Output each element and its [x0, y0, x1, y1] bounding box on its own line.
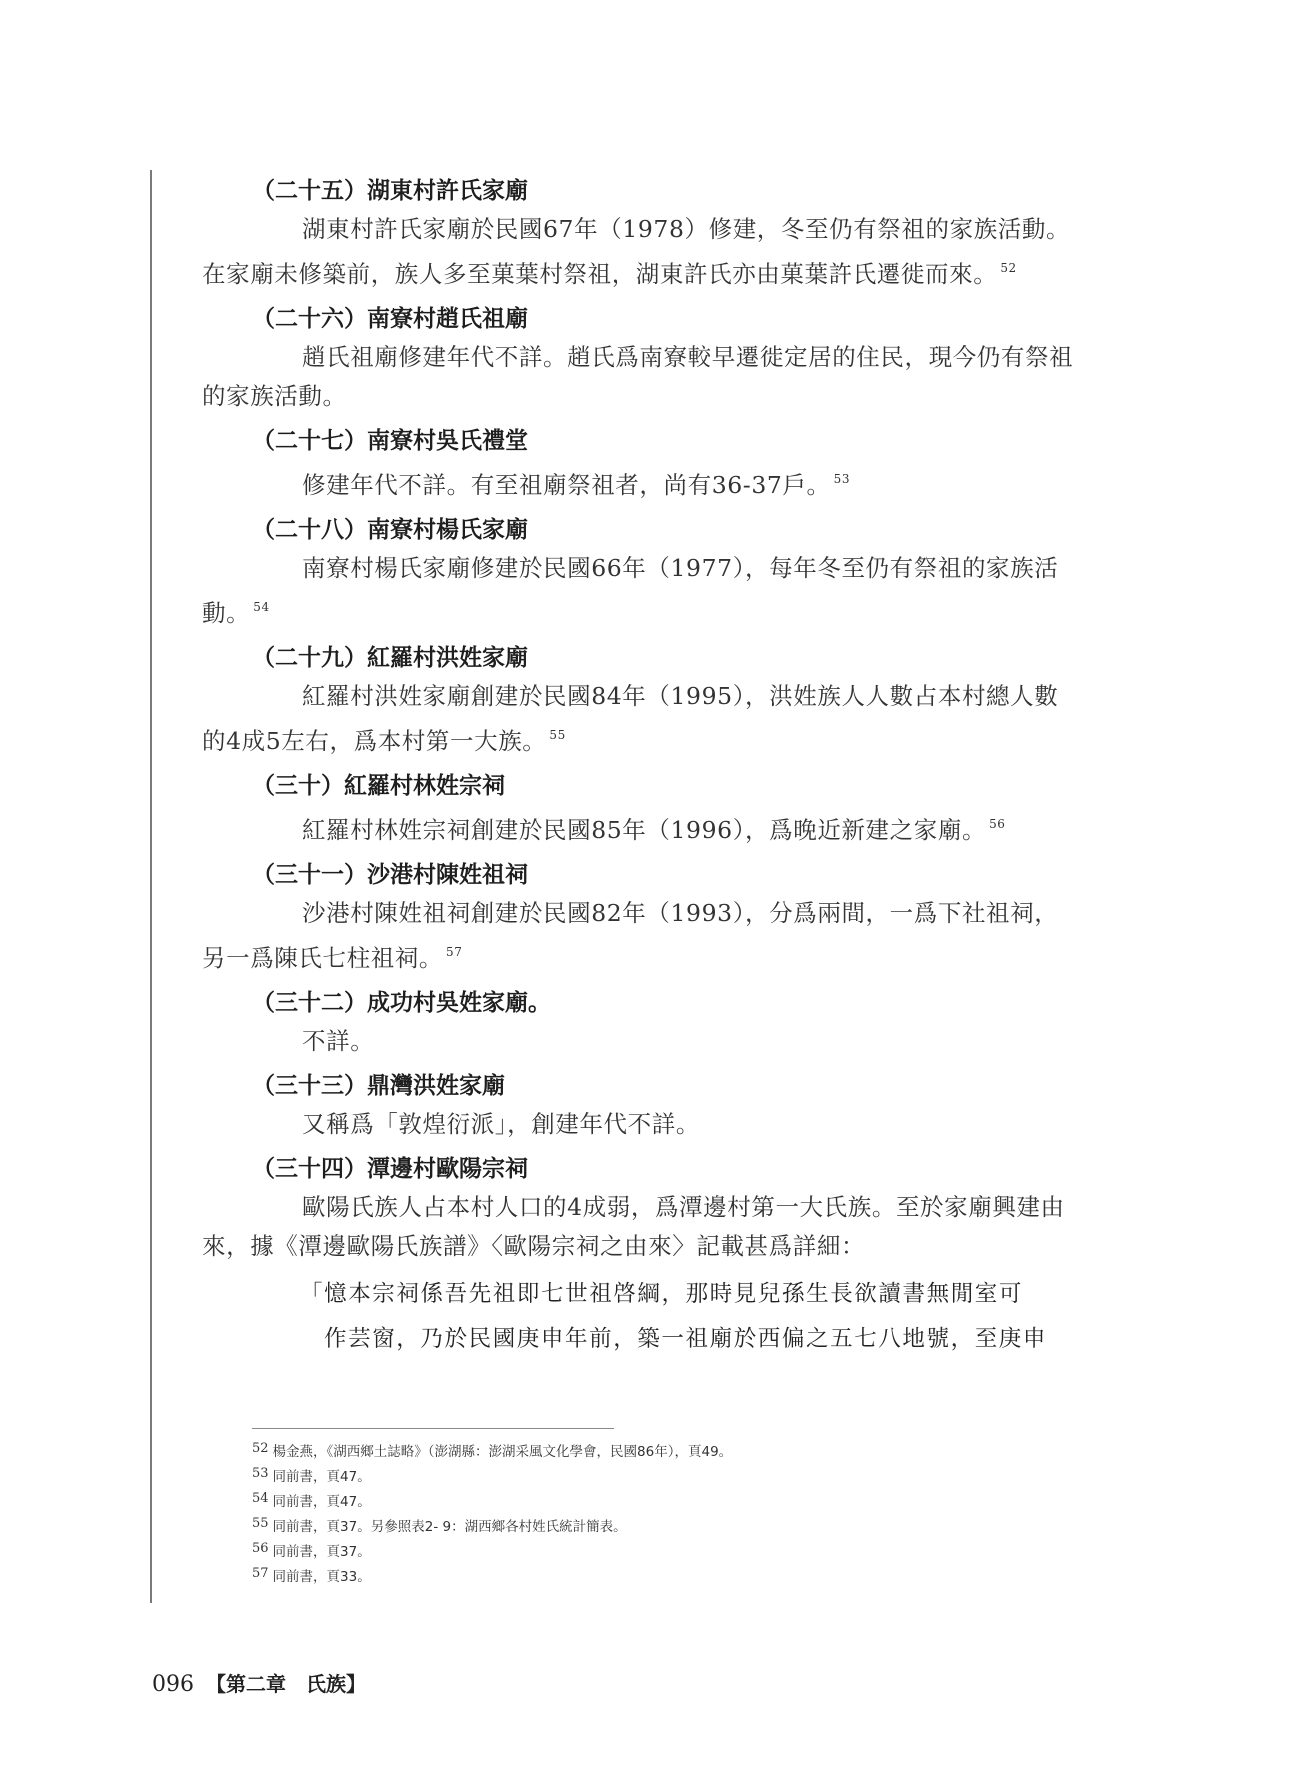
section-paragraph: 沙港村陳姓祖祠創建於民國82年（1993），分爲兩間，一爲下社祖祠， 另一爲陳氏…	[252, 894, 1132, 978]
section-heading: （三十一）沙港村陳姓祖祠	[252, 856, 1132, 894]
footnote-item: 56同前書，頁37。	[252, 1536, 732, 1561]
text-line: 趙氏祖廟修建年代不詳。趙氏爲南寮較早遷徙定居的住民，現今仍有祭祖	[252, 338, 1132, 377]
text-line-content: 另一爲陳氏七柱祖祠。	[202, 944, 443, 972]
text-line: 沙港村陳姓祖祠創建於民國82年（1993），分爲兩間，一爲下社祖祠，	[252, 894, 1132, 933]
footnote-text: 同前書，頁47。	[273, 1469, 371, 1485]
page-number: 096	[152, 1672, 194, 1697]
footnote-item: 53同前書，頁47。	[252, 1461, 732, 1486]
footnote-text: 同前書，頁47。	[273, 1494, 371, 1510]
footnote-number: 52	[252, 1441, 269, 1456]
text-line: 紅羅村林姓宗祠創建於民國85年（1996），爲晚近新建之家廟。56	[252, 805, 1132, 850]
quote-line: 「憶本宗祠係吾先祖即七世祖啓綱，那時見兒孫生長欲讀書無閒室可	[252, 1272, 1132, 1317]
text-line: 在家廟未修築前，族人多至菓葉村祭祖，湖東許氏亦由菓葉許氏遷徙而來。52	[202, 249, 1132, 294]
text-line-content: 的4成5左右，爲本村第一大族。	[202, 727, 546, 755]
section-paragraph: 修建年代不詳。有至祖廟祭祖者，尚有36-37戶。53	[252, 460, 1132, 505]
section-heading: （三十二）成功村吳姓家廟。	[252, 984, 1132, 1022]
section-heading: （二十九）紅羅村洪姓家廟	[252, 639, 1132, 677]
text-line-content: 紅羅村林姓宗祠創建於民國85年（1996），爲晚近新建之家廟。	[302, 816, 986, 844]
quote-line: 作芸窗，乃於民國庚申年前，築一祖廟於西偏之五七八地號，至庚申	[252, 1317, 1132, 1362]
text-line-content: 動。	[202, 599, 250, 627]
section-heading: （三十三）鼎灣洪姓家廟	[252, 1067, 1132, 1105]
text-line: 來，據《潭邊歐陽氏族譜》〈歐陽宗祠之由來〉記載甚爲詳細：	[202, 1227, 1132, 1266]
text-line: 紅羅村洪姓家廟創建於民國84年（1995），洪姓族人人數占本村總人數	[252, 677, 1132, 716]
footnote-item: 55同前書，頁37。另參照表2- 9：湖西鄉各村姓氏統計簡表。	[252, 1511, 732, 1536]
footnote-item: 54同前書，頁47。	[252, 1486, 732, 1511]
section-heading: （二十八）南寮村楊氏家廟	[252, 511, 1132, 549]
text-line: 動。54	[202, 588, 1132, 633]
section-paragraph: 湖東村許氏家廟於民國67年（1978）修建，冬至仍有祭祖的家族活動。 在家廟未修…	[252, 210, 1132, 294]
text-line: 湖東村許氏家廟於民國67年（1978）修建，冬至仍有祭祖的家族活動。	[252, 210, 1132, 249]
footnote-number: 55	[252, 1516, 269, 1531]
section-paragraph: 趙氏祖廟修建年代不詳。趙氏爲南寮較早遷徙定居的住民，現今仍有祭祖 的家族活動。	[252, 338, 1132, 416]
footnote-ref[interactable]: 54	[253, 600, 269, 614]
section-paragraph: 歐陽氏族人占本村人口的4成弱，爲潭邊村第一大氏族。至於家廟興建由 來，據《潭邊歐…	[252, 1188, 1132, 1266]
section-heading: （二十七）南寮村吳氏禮堂	[252, 422, 1132, 460]
block-quote: 「憶本宗祠係吾先祖即七世祖啓綱，那時見兒孫生長欲讀書無閒室可 作芸窗，乃於民國庚…	[252, 1272, 1132, 1362]
footnote-number: 54	[252, 1491, 269, 1506]
text-line-content: 修建年代不詳。有至祖廟祭祖者，尚有36-37戶。	[302, 471, 831, 499]
footnote-number: 57	[252, 1566, 269, 1581]
footnote-number: 53	[252, 1466, 269, 1481]
text-line: 的4成5左右，爲本村第一大族。55	[202, 716, 1132, 761]
text-line: 的家族活動。	[202, 377, 1132, 416]
section-paragraph: 不詳。	[252, 1022, 1132, 1061]
footnote-item: 52楊金燕，《湖西鄉土誌略》（澎湖縣：澎湖采風文化學會，民國86年），頁49。	[252, 1436, 732, 1461]
footnote-number: 56	[252, 1541, 269, 1556]
section-heading: （二十五）湖東村許氏家廟	[252, 172, 1132, 210]
footnote-ref[interactable]: 56	[989, 817, 1005, 831]
footnote-ref[interactable]: 57	[446, 945, 462, 959]
text-line: 歐陽氏族人占本村人口的4成弱，爲潭邊村第一大氏族。至於家廟興建由	[252, 1188, 1132, 1227]
footnote-text: 楊金燕，《湖西鄉土誌略》（澎湖縣：澎湖采風文化學會，民國86年），頁49。	[273, 1444, 733, 1460]
section-heading: （三十四）潭邊村歐陽宗祠	[252, 1150, 1132, 1188]
footnote-item: 57同前書，頁33。	[252, 1561, 732, 1586]
text-line: 不詳。	[252, 1022, 1132, 1061]
footnote-text: 同前書，頁37。	[273, 1544, 371, 1560]
text-line: 另一爲陳氏七柱祖祠。57	[202, 933, 1132, 978]
section-paragraph: 又稱爲「敦煌衍派」，創建年代不詳。	[252, 1105, 1132, 1144]
main-text: （二十五）湖東村許氏家廟 湖東村許氏家廟於民國67年（1978）修建，冬至仍有祭…	[252, 172, 1132, 1362]
text-line: 南寮村楊氏家廟修建於民國66年（1977），每年冬至仍有祭祖的家族活	[252, 549, 1132, 588]
margin-rule	[150, 170, 152, 1603]
page-footer: 096【第二章 氏族】	[152, 1668, 366, 1697]
footnote-text: 同前書，頁37。另參照表2- 9：湖西鄉各村姓氏統計簡表。	[273, 1519, 627, 1535]
section-paragraph: 紅羅村洪姓家廟創建於民國84年（1995），洪姓族人人數占本村總人數 的4成5左…	[252, 677, 1132, 761]
section-paragraph: 南寮村楊氏家廟修建於民國66年（1977），每年冬至仍有祭祖的家族活 動。54	[252, 549, 1132, 633]
text-line: 修建年代不詳。有至祖廟祭祖者，尚有36-37戶。53	[252, 460, 1132, 505]
footnote-text: 同前書，頁33。	[273, 1569, 371, 1585]
section-paragraph: 紅羅村林姓宗祠創建於民國85年（1996），爲晚近新建之家廟。56	[252, 805, 1132, 850]
section-heading: （三十）紅羅村林姓宗祠	[252, 767, 1132, 805]
footnote-ref[interactable]: 53	[834, 472, 850, 486]
footnotes: 52楊金燕，《湖西鄉土誌略》（澎湖縣：澎湖采風文化學會，民國86年），頁49。 …	[252, 1436, 732, 1586]
text-line-content: 在家廟未修築前，族人多至菓葉村祭祖，湖東許氏亦由菓葉許氏遷徙而來。	[202, 260, 997, 288]
section-heading: （二十六）南寮村趙氏祖廟	[252, 300, 1132, 338]
chapter-label: 【第二章 氏族】	[206, 1672, 366, 1696]
footnote-divider	[252, 1428, 614, 1429]
footnote-ref[interactable]: 55	[549, 728, 565, 742]
text-line: 又稱爲「敦煌衍派」，創建年代不詳。	[252, 1105, 1132, 1144]
footnote-ref[interactable]: 52	[1000, 261, 1016, 275]
